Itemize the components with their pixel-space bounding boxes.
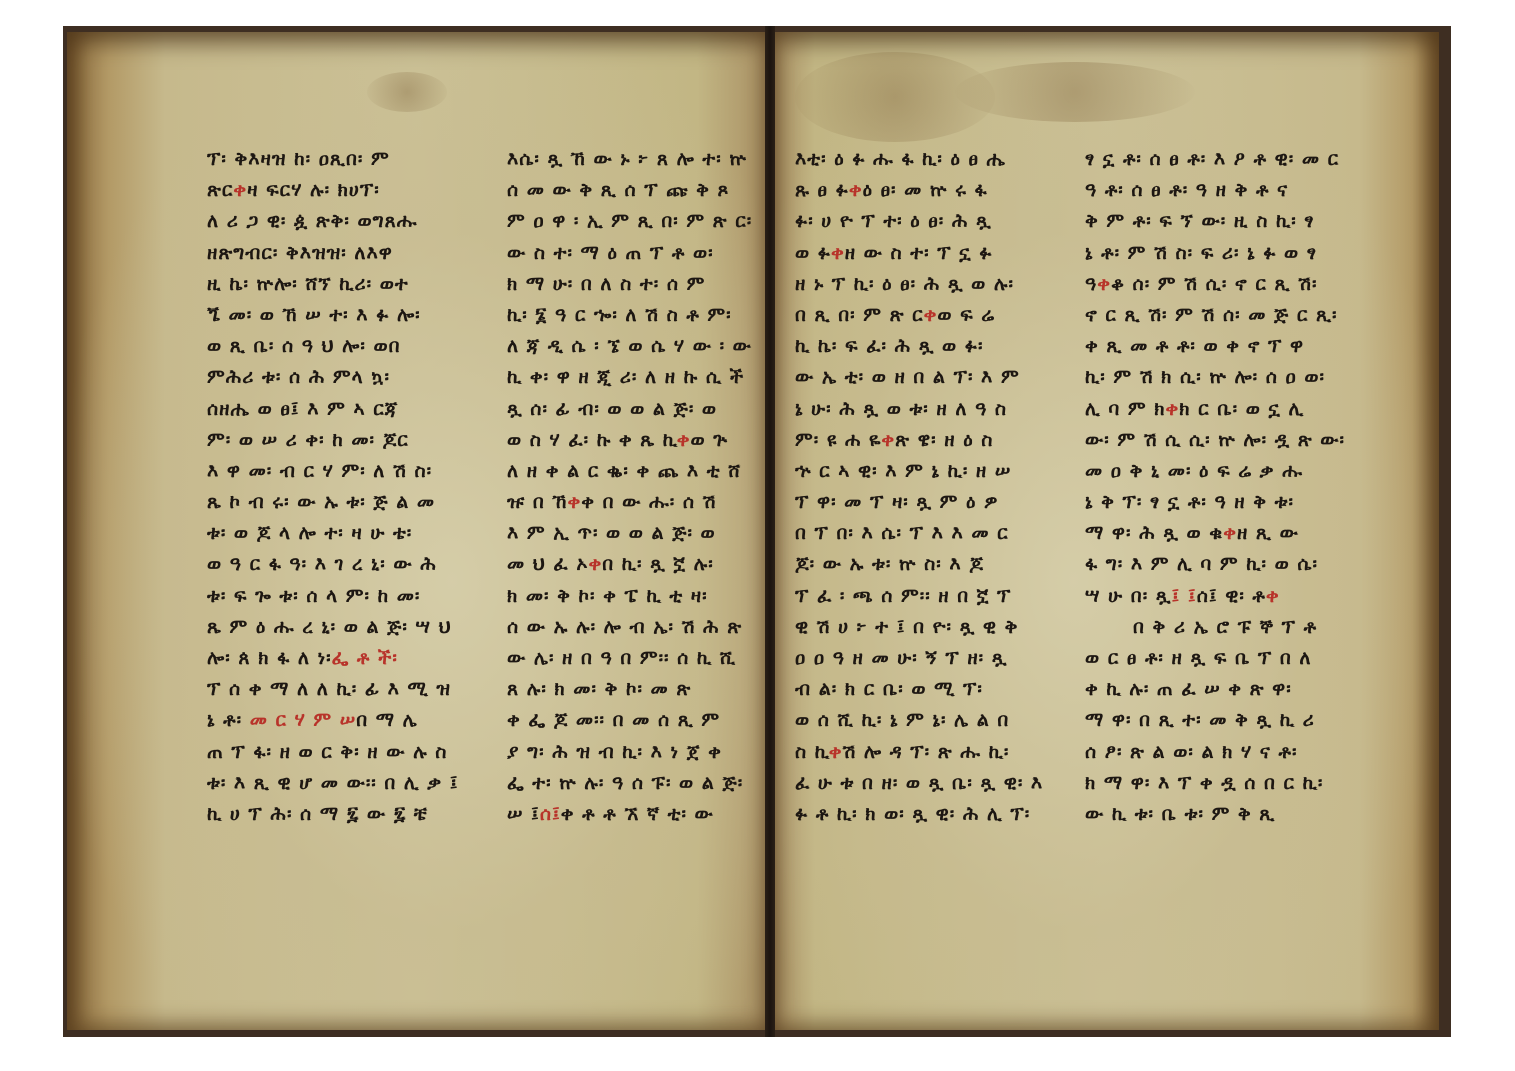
ink-text: ቀ ኪ ሉ፡ ጠ ፈ ሠ ቀ ጽ ዋ፡	[1085, 678, 1292, 700]
water-stain	[955, 62, 1195, 122]
ink-text: ው ኤ ቲ፡ ወ ዘ በ ል ፕ፡ እ ም	[795, 366, 1020, 388]
text-line: እ ዋ መ፡ ብ ር ሃ ም፡ ለ ሽ ስ፡	[207, 456, 467, 487]
book-gutter	[765, 26, 775, 1037]
text-line: ዘጽግብር፡ ቅእዝዝ፡ ለእዋ	[207, 238, 467, 269]
ink-text: ጼ ኮ ብ ሩ፡ ው ኡ ቱ፡ ጅ ል መ	[207, 491, 435, 513]
ink-text: ፌ ተ፡ ኵ ሉ፡ ዓ ሰ ፑ፡ ወ ል ጅ፡	[507, 772, 743, 794]
text-line: ኪ፡ ም ሽ ክ ሲ፡ ኵ ሎ፡ ሰ ዐ ወ፡	[1085, 362, 1345, 393]
text-line: ው ኪ ቱ፡ ቤ ቱ፡ ም ቅ ጺ	[1085, 799, 1345, 830]
ink-text: ወ ር ፀ ቶ፡ ዘ ጿ ፍ ቤ ፕ በ ለ	[1085, 647, 1312, 669]
ink-text: ፃ ኗ ቶ፡ ሰ ፀ ቶ፡ እ ዖ ቶ ዊ፡ መ ር	[1085, 148, 1339, 170]
ink-text: ኪ ሀ ፕ ሕ፡ ሰ ማ ፯ ው ፯ ቼ	[207, 803, 428, 825]
ink-text: መ ህ ፈ ኦ	[507, 553, 588, 575]
text-line: ፉ ቶ ኪ፡ ክ ወ፡ ጿ ዊ፡ ሕ ሊ ፕ፡	[795, 799, 1045, 830]
ink-text: ጆ፡ ው ኡ ቱ፡ ኵ ስ፡ እ ጆ	[795, 553, 984, 575]
rubric-text: ቀ	[924, 304, 938, 326]
rubric-text: ቀ	[1165, 398, 1179, 420]
text-line: ጆ፡ ው ኡ ቱ፡ ኵ ስ፡ እ ጆ	[795, 549, 1045, 580]
text-line: በ ጺ በ፡ ም ጽ ርቀወ ፍ ሬ	[795, 300, 1045, 331]
text-line: ው ሌ፡ ዘ በ ዓ በ ም፡፡ ሰ ኪ ሺ	[507, 643, 757, 674]
ink-text: ዚ ኬ፡ ኵሎ፡ ሸኘ ኪሪ፡ ወተ	[207, 273, 409, 295]
text-line: ምሕሪ ቱ፡ ሰ ሕ ምላ ኳ፡	[207, 362, 467, 393]
text-line: ቱ፡ ፍ ጐ ቱ፡ ሰ ላ ም፡ ከ መ፡	[207, 581, 467, 612]
ink-text: በ ማ ሌ	[356, 709, 418, 731]
ink-text: ዘ ው ስ ተ፡ ፕ ኗ ፉ	[845, 242, 993, 264]
text-line: ሊ ባ ም ክቀክ ር ቤ፡ ወ ኗ ሊ	[1085, 394, 1345, 425]
text-line: ፈ ሁ ቱ በ ዘ፡ ወ ጿ ቤ፡ ጿ ዊ፡ እ ፕ	[795, 768, 1045, 799]
ink-text: በ ኪ፡ ጿ ኟ ሉ፡	[602, 553, 714, 575]
ink-text: ኔ ቅ ፕ፡ ፃ ኗ ቶ፡ ዓ ዘ ቅ ቱ፡	[1085, 491, 1294, 513]
text-line: ኪ ሀ ፕ ሕ፡ ሰ ማ ፯ ው ፯ ቼ	[207, 799, 467, 830]
text-line: ኔ ቶ፡ ም ሽ ስ፡ ፍ ሪ፡ ኔ ፉ ወ ፃ	[1085, 238, 1345, 269]
text-line: ኔ ሁ፡ ሕ ጿ ወ ቱ፡ ዘ ለ ዓ ስ	[795, 394, 1045, 425]
ink-text: ሊ ባ ም ክ	[1085, 398, 1165, 420]
rubric-text: ቀ	[568, 491, 582, 513]
text-line: ወ ጺ ቤ፡ ሰ ዓ ህ ሎ፡ ወበ	[207, 331, 467, 362]
left-page-column-1: ፕ፡ ቅእዛዝ ከ፡ ዐጺበ፡ ምጽርቀዛ ፍርሃ ሉ፡ ክሀፕ፡ለ ሪ ጋ ዊ…	[207, 144, 467, 830]
ink-text: ዓ	[1085, 273, 1097, 295]
left-page-column-2: እሴ፡ ጿ ኸ ው ኑ ፦ ጸ ሎ ተ፡ ኵሰ መ ው ቅ ጺ ሰ ፕ ጩ ቅ …	[507, 144, 757, 830]
text-line: ኍ ር ኣ ዊ፡ እ ም ኔ ኪ፡ ዘ ሠ	[795, 456, 1045, 487]
text-line: ው ስ ተ፡ ማ ዕ ጠ ፕ ቶ ወ፡	[507, 238, 757, 269]
text-line: እ ም ኢ ጥ፡ ወ ወ ል ጅ፡ ወ	[507, 518, 757, 549]
text-line: ማ ዋ፡ በ ጺ ተ፡ መ ቅ ጿ ኪ ሪ	[1085, 705, 1345, 736]
ink-text: ኪ፡ ፮ ዓ ር ኈ፡ ለ ሽ ስ ቶ ም፡	[507, 304, 732, 326]
ink-text: ሽ ሎ ዳ ፕ፡ ጽ ሑ ኪ፡	[843, 741, 1010, 763]
text-line: ዐ ዐ ዓ ዘ መ ሁ፡ ኝ ፕ ዘ፡ ጿ	[795, 643, 1045, 674]
ink-text: ወ ሰ ሺ ኪ፡ ኔ ም ኔ፡ ሌ ል በ	[795, 709, 1009, 731]
ink-text: ዘጽግብር፡ ቅእዝዝ፡ ለእዋ	[207, 242, 393, 264]
text-line: ቀ ፌ ጆ መ፡፡ በ መ ሰ ጺ ም	[507, 705, 757, 736]
ink-text: ፈ ሁ ቱ በ ዘ፡ ወ ጿ ቤ፡ ጿ ዊ፡ እ ፕ	[795, 772, 1045, 794]
rubric-text: ቀ	[849, 179, 863, 201]
text-line: ም፡ ዩ ሐ ዬቀጽ ዌ፡ ዘ ዕ ስ	[795, 425, 1045, 456]
text-line: ሰ ፆ፡ ጽ ል ወ፡ ል ክ ሃ ና ቶ፡	[1085, 737, 1345, 768]
rubric-text: ቀ	[881, 429, 895, 451]
ink-text: ዛ ፍርሃ ሉ፡ ክሀፕ፡	[247, 179, 380, 201]
ink-text: ክ ማ ዋ፡ እ ፕ ቀ ዷ ሰ በ ር ኪ፡	[1085, 772, 1323, 794]
text-line: ኪ ኬ፡ ፍ ፈ፡ ሕ ጿ ወ ፉ፡	[795, 331, 1045, 362]
ink-text: ወ ስ ሃ ፈ፡ ኩ ቀ ጼ ኪ	[507, 429, 677, 451]
ink-text: ፕ ዋ፡ መ ፕ ዛ፡ ጿ ም ዕ ዎ	[795, 491, 998, 513]
text-line: ሠ ፤ሰ፤ቀ ቶ ቶ ኧ ኛ ቲ፡ ው	[507, 799, 757, 830]
ink-text: ያ ግ፡ ሕ ዝ ብ ኪ፡ እ ነ ጀ ቀ	[507, 741, 722, 763]
ink-text: ዡ በ ኸ	[507, 491, 568, 513]
ink-text: በ ፕ በ፡ እ ሴ፡ ፕ እ እ መ ር	[795, 522, 1009, 544]
rubric-text: ቀ	[677, 429, 691, 451]
ink-text: ኔ ቶ፡	[207, 709, 250, 731]
text-line: ፌ ተ፡ ኵ ሉ፡ ዓ ሰ ፑ፡ ወ ል ጅ፡	[507, 768, 757, 799]
ink-text: እ ዋ መ፡ ብ ር ሃ ም፡ ለ ሽ ስ፡	[207, 460, 432, 482]
text-line: ፋ ግ፡ እ ም ሊ ባ ም ኪ፡ ወ ሴ፡	[1085, 549, 1345, 580]
text-line: ቀ ኪ ሉ፡ ጠ ፈ ሠ ቀ ጽ ዋ፡	[1085, 674, 1345, 705]
ink-text: ክ ማ ሁ፡ በ ለ ስ ተ፡ ሰ ም	[507, 273, 705, 295]
text-line: በ ፕ በ፡ እ ሴ፡ ፕ እ እ መ ር	[795, 518, 1045, 549]
ink-text: ኪ፡ ም ሽ ክ ሲ፡ ኵ ሎ፡ ሰ ዐ ወ፡	[1085, 366, 1325, 388]
ink-text: ለ ሪ ጋ ዊ፡ ዿ ጽቅ፡ ወግጸሑ	[207, 210, 418, 232]
text-line: ወ ስ ሃ ፈ፡ ኩ ቀ ጼ ኪቀወ ጕ	[507, 425, 757, 456]
ink-text: ሠ ፤	[507, 803, 540, 825]
text-line: ማ ዋ፡ ሕ ጿ ወ ቁቀዘ ጺ ው	[1085, 518, 1345, 549]
ink-text: ቀ ቶ ቶ ኧ ኛ ቲ፡ ው	[561, 803, 714, 825]
text-line: ም፡ ወ ሠ ሪ ቀ፡ ከ መ፡ ጆር	[207, 425, 467, 456]
text-line: ለ ሪ ጋ ዊ፡ ዿ ጽቅ፡ ወግጸሑ	[207, 206, 467, 237]
text-line: ለ ጃ ዲ ሴ ፡ ኜ ወ ሴ ሃ ው ፡ ው	[507, 331, 757, 362]
ink-text: እቲ፡ ዕ ፉ ሑ ፋ ኪ፡ ዕ ፀ ሔ	[795, 148, 1006, 170]
text-line: ፃ ኗ ቶ፡ ሰ ፀ ቶ፡ እ ዖ ቶ ዊ፡ መ ር	[1085, 144, 1345, 175]
ink-text: ወ ጺ ቤ፡ ሰ ዓ ህ ሎ፡ ወበ	[207, 335, 401, 357]
text-line: ዘ ኑ ፕ ኪ፡ ዕ ፀ፡ ሕ ጿ ወ ሉ፡	[795, 269, 1045, 300]
ink-text: ወ ጕ	[691, 429, 729, 451]
text-line: ጼ ም ዕ ሑ ረ ኒ፡ ወ ል ጅ፡ ሣ ህ	[207, 612, 467, 643]
text-line: ወ ር ፀ ቶ፡ ዘ ጿ ፍ ቤ ፕ በ ለ	[1085, 643, 1345, 674]
ink-text: ስ ኪ	[795, 741, 829, 763]
ink-text: ጽር	[207, 179, 233, 201]
text-line: ኖ ር ጺ ሽ፡ ም ሽ ሰ፡ መ ጅ ር ጺ፡	[1085, 300, 1345, 331]
right-page-column-2: ፃ ኗ ቶ፡ ሰ ፀ ቶ፡ እ ዖ ቶ ዊ፡ መ ርዓ ቶ፡ ሰ ፀ ቶ፡ ዓ …	[1085, 144, 1345, 830]
text-line: ለ ዘ ቀ ል ር ቈ፡ ቀ ጨ እ ቲ ሸ	[507, 456, 757, 487]
ink-text: ማ ዋ፡ ሕ ጿ ወ ቁ	[1085, 522, 1223, 544]
text-line: ክ ማ ሁ፡ በ ለ ስ ተ፡ ሰ ም	[507, 269, 757, 300]
rubric-text: ፌ ቶ ች፡	[332, 647, 398, 669]
ink-text: ው ስ ተ፡ ማ ዕ ጠ ፕ ቶ ወ፡	[507, 242, 714, 264]
text-line: ዚ ኬ፡ ኵሎ፡ ሸኘ ኪሪ፡ ወተ	[207, 269, 467, 300]
ink-text: ጸ ሉ፡ ክ መ፡ ቅ ኮ፡ መ ጽ	[507, 678, 691, 700]
ink-text: ዕ ፀ፡ መ ኵ ሩ ፋ	[863, 179, 988, 201]
rubric-text: ቀ	[829, 741, 843, 763]
ink-text: ዐ ዐ ዓ ዘ መ ሁ፡ ኝ ፕ ዘ፡ ጿ	[795, 647, 1007, 669]
ink-text: ለ ጃ ዲ ሴ ፡ ኜ ወ ሴ ሃ ው ፡ ው	[507, 335, 752, 357]
text-line: ሎ፡ ጰ ክ ፋ ለ ነ፡ፌ ቶ ች፡	[207, 643, 467, 674]
rubric-text: ቀ	[233, 179, 247, 201]
ink-text: ሰ መ ው ቅ ጺ ሰ ፕ ጩ ቅ ጾ	[507, 179, 729, 201]
text-line: በ ቅ ሪ ኤ ሮ ፑ ኞ ፕ ቶ	[1085, 612, 1345, 643]
ink-text: እ ም ኢ ጥ፡ ወ ወ ል ጅ፡ ወ	[507, 522, 716, 544]
text-line: ኪ ቀ፡ ዋ ዘ ጂ ሪ፡ ለ ዘ ኩ ሲ ች	[507, 362, 757, 393]
ink-text: ጿ ሰ፡ ፊ ብ፡ ወ ወ ል ጅ፡ ወ	[507, 398, 717, 420]
ink-text: ዘ ጺ ው	[1237, 522, 1299, 544]
ink-text: ኔ ሁ፡ ሕ ጿ ወ ቱ፡ ዘ ለ ዓ ስ	[795, 398, 1007, 420]
rubric-text: ቀ	[831, 242, 845, 264]
ink-text: ክ ር ቤ፡ ወ ኗ ሊ	[1179, 398, 1304, 420]
ink-text: ቀ በ ው ሑ፡ ሰ ሽ	[581, 491, 716, 513]
text-line: ብ ል፡ ክ ር ቤ፡ ወ ሚ ፕ፡	[795, 674, 1045, 705]
ink-text: በ ጺ በ፡ ም ጽ ር	[795, 304, 924, 326]
text-line: ው፡ ም ሽ ሲ ሲ፡ ኵ ሎ፡ ዷ ጽ ው፡	[1085, 425, 1345, 456]
water-stain	[367, 72, 447, 112]
text-line: ጹ ፀ ፉቀዕ ፀ፡ መ ኵ ሩ ፋ	[795, 175, 1045, 206]
ink-text: ቅ ም ቶ፡ ፍ ኘ ው፡ ዚ ስ ኪ፡ ፃ	[1085, 210, 1315, 232]
ink-text: ው ኪ ቱ፡ ቤ ቱ፡ ም ቅ ጺ	[1085, 803, 1275, 825]
text-line: ጠ ፕ ፋ፡ ዘ ወ ር ቅ፡ ዘ ው ሉ ስ	[207, 737, 467, 768]
ink-text: ፕ ፈ ፡ ጫ ሰ ም፡፡ ዘ በ ኟ ፕ	[795, 585, 1011, 607]
text-line: ዓ ቶ፡ ሰ ፀ ቶ፡ ዓ ዘ ቅ ቶ ና	[1085, 175, 1345, 206]
ink-text: ኔ ቶ፡ ም ሽ ስ፡ ፍ ሪ፡ ኔ ፉ ወ ፃ	[1085, 242, 1317, 264]
ink-text: ው፡ ም ሽ ሲ ሲ፡ ኵ ሎ፡ ዷ ጽ ው፡	[1085, 429, 1345, 451]
ink-text: ፉ፡ ሀ ዮ ፕ ተ፡ ዕ ፀ፡ ሕ ጿ	[795, 210, 992, 232]
text-line: ጿ ሰ፡ ፊ ብ፡ ወ ወ ል ጅ፡ ወ	[507, 394, 757, 425]
ink-text: ዓ ቶ፡ ሰ ፀ ቶ፡ ዓ ዘ ቅ ቶ ና	[1085, 179, 1288, 201]
text-line: ፕ ፈ ፡ ጫ ሰ ም፡፡ ዘ በ ኟ ፕ	[795, 581, 1045, 612]
text-line: ፕ፡ ቅእዛዝ ከ፡ ዐጺበ፡ ም	[207, 144, 467, 175]
ink-text: ቀ ፌ ጆ መ፡፡ በ መ ሰ ጺ ም	[507, 709, 720, 731]
ink-text: ጜ መ፡ ወ ኸ ሠ ተ፡ እ ፉ ሎ፡	[207, 304, 421, 326]
ink-text: ጠ ፕ ፋ፡ ዘ ወ ር ቅ፡ ዘ ው ሉ ስ	[207, 741, 447, 763]
ink-text: ኖ ር ጺ ሽ፡ ም ሽ ሰ፡ መ ጅ ር ጺ፡	[1085, 304, 1338, 326]
ink-text: ሰ ፆ፡ ጽ ል ወ፡ ል ክ ሃ ና ቶ፡	[1085, 741, 1297, 763]
ink-text: ፋ ግ፡ እ ም ሊ ባ ም ኪ፡ ወ ሴ፡	[1085, 553, 1318, 575]
text-line: ጼ ኮ ብ ሩ፡ ው ኡ ቱ፡ ጅ ል መ	[207, 487, 467, 518]
left-page: ፕ፡ ቅእዛዝ ከ፡ ዐጺበ፡ ምጽርቀዛ ፍርሃ ሉ፡ ክሀፕ፡ለ ሪ ጋ ዊ…	[67, 32, 767, 1030]
ink-text: ኪ ኬ፡ ፍ ፈ፡ ሕ ጿ ወ ፉ፡	[795, 335, 984, 357]
text-line: ወ ሰ ሺ ኪ፡ ኔ ም ኔ፡ ሌ ል በ	[795, 705, 1045, 736]
text-line: ቱ፡ ወ ጆ ላ ሎ ተ፡ ዛ ሁ ቴ፡	[207, 518, 467, 549]
text-line: ሰ መ ው ቅ ጺ ሰ ፕ ጩ ቅ ጾ	[507, 175, 757, 206]
ink-text: ሰዘሔ ወ ፀ፤ እ ም ኣ ርጃ	[207, 398, 398, 420]
ink-text: እሴ፡ ጿ ኸ ው ኑ ፦ ጸ ሎ ተ፡ ኵ	[507, 148, 747, 170]
text-line: ጽርቀዛ ፍርሃ ሉ፡ ክሀፕ፡	[207, 175, 467, 206]
text-line: ፉ፡ ሀ ዮ ፕ ተ፡ ዕ ፀ፡ ሕ ጿ	[795, 206, 1045, 237]
ink-text: ወ ፍ ሬ	[937, 304, 995, 326]
rubric-text: ቀ	[1223, 522, 1237, 544]
ink-text: ዘ ኑ ፕ ኪ፡ ዕ ፀ፡ ሕ ጿ ወ ሉ፡	[795, 273, 1014, 295]
rubric-text: ሰ፤	[540, 803, 561, 825]
ink-text: ቆ ሰ፡ ም ሽ ሲ፡ ኖ ር ጺ ሽ፡	[1111, 273, 1318, 295]
text-line: ስ ኪቀሽ ሎ ዳ ፕ፡ ጽ ሑ ኪ፡	[795, 737, 1045, 768]
text-line: ፕ ዋ፡ መ ፕ ዛ፡ ጿ ም ዕ ዎ	[795, 487, 1045, 518]
text-line: ፕ ሰ ቀ ማ ለ ለ ኪ፡ ፊ እ ሚ ዝ	[207, 674, 467, 705]
ink-text: ቀ ጺ መ ቶ ቶ፡ ወ ቀ ኖ ፕ ዋ	[1085, 335, 1304, 357]
ink-text: ሎ፡ ጰ ክ ፋ ለ ነ፡	[207, 647, 332, 669]
ink-text: ኪ ቀ፡ ዋ ዘ ጂ ሪ፡ ለ ዘ ኩ ሲ ች	[507, 366, 744, 388]
ink-text: ፕ ሰ ቀ ማ ለ ለ ኪ፡ ፊ እ ሚ ዝ	[207, 678, 451, 700]
text-line: ጜ መ፡ ወ ኸ ሠ ተ፡ እ ፉ ሎ፡	[207, 300, 467, 331]
rubric-text: ቀ	[1097, 273, 1111, 295]
text-line: ው ኤ ቲ፡ ወ ዘ በ ል ፕ፡ እ ም	[795, 362, 1045, 393]
ink-text: ፕ፡ ቅእዛዝ ከ፡ ዐጺበ፡ ም	[207, 148, 390, 170]
text-line: እሴ፡ ጿ ኸ ው ኑ ፦ ጸ ሎ ተ፡ ኵ	[507, 144, 757, 175]
ink-text: ቱ፡ እ ጺ ዊ ሆ መ ው፡፡ በ ሊ ቃ ፤	[207, 772, 459, 794]
rubric-text: ፤ ፤	[1171, 585, 1196, 607]
text-line: ኪ፡ ፮ ዓ ር ኈ፡ ለ ሽ ስ ቶ ም፡	[507, 300, 757, 331]
text-line: መ ህ ፈ ኦቀበ ኪ፡ ጿ ኟ ሉ፡	[507, 549, 757, 580]
ink-text: ወ ዓ ር ፋ ዓ፡ እ ገ ረ ኒ፡ ው ሕ	[207, 553, 437, 575]
ink-text: ጽ ዌ፡ ዘ ዕ ስ	[895, 429, 993, 451]
ink-text: ቱ፡ ፍ ጐ ቱ፡ ሰ ላ ም፡ ከ መ፡	[207, 585, 420, 607]
text-line: ሰዘሔ ወ ፀ፤ እ ም ኣ ርጃ	[207, 394, 467, 425]
ink-text: ም ዐ ዋ ፡ ኢ ም ጺ በ፡ ም ጽ ር፡	[507, 210, 752, 232]
text-line: ክ ማ ዋ፡ እ ፕ ቀ ዷ ሰ በ ር ኪ፡	[1085, 768, 1345, 799]
ink-text: መ ዐ ቅ ኒ መ፡ ዕ ፍ ሬ ቃ ሑ	[1085, 460, 1303, 482]
text-line: ቱ፡ እ ጺ ዊ ሆ መ ው፡፡ በ ሊ ቃ ፤	[207, 768, 467, 799]
text-line: ወ ዓ ር ፋ ዓ፡ እ ገ ረ ኒ፡ ው ሕ	[207, 549, 467, 580]
ink-text: ሰ ው ኡ ሉ፡ ሎ ብ ኤ፡ ሽ ሕ ጽ	[507, 616, 742, 638]
ink-text: ጼ ም ዕ ሑ ረ ኒ፡ ወ ል ጅ፡ ሣ ህ	[207, 616, 452, 638]
ink-text: ሰ፤ ዊ፡ ቶ	[1197, 585, 1266, 607]
rubric-text: ቀ	[1266, 585, 1280, 607]
text-line: ያ ግ፡ ሕ ዝ ብ ኪ፡ እ ነ ጀ ቀ	[507, 737, 757, 768]
ink-text: ዊ ሽ ሀ ፦ ተ ፤ በ ዮ፡ ጿ ዊ ቅ	[795, 616, 1018, 638]
ink-text: ሣ ሁ በ፡ ጿ	[1085, 585, 1171, 607]
ink-text: ው ሌ፡ ዘ በ ዓ በ ም፡፡ ሰ ኪ ሺ	[507, 647, 736, 669]
ink-text: ኍ ር ኣ ዊ፡ እ ም ኔ ኪ፡ ዘ ሠ	[795, 460, 1011, 482]
ink-text: ቱ፡ ወ ጆ ላ ሎ ተ፡ ዛ ሁ ቴ፡	[207, 522, 412, 544]
ink-text: ምሕሪ ቱ፡ ሰ ሕ ምላ ኳ፡	[207, 366, 390, 388]
text-line: ዊ ሽ ሀ ፦ ተ ፤ በ ዮ፡ ጿ ዊ ቅ	[795, 612, 1045, 643]
ink-text: በ ቅ ሪ ኤ ሮ ፑ ኞ ፕ ቶ	[1133, 616, 1317, 638]
right-page: እቲ፡ ዕ ፉ ሑ ፋ ኪ፡ ዕ ፀ ሔጹ ፀ ፉቀዕ ፀ፡ መ ኵ ሩ ፋፉ፡…	[775, 32, 1439, 1030]
text-line: ወ ፉቀዘ ው ስ ተ፡ ፕ ኗ ፉ	[795, 238, 1045, 269]
text-line: ኔ ቅ ፕ፡ ፃ ኗ ቶ፡ ዓ ዘ ቅ ቱ፡	[1085, 487, 1345, 518]
ink-text: ማ ዋ፡ በ ጺ ተ፡ መ ቅ ጿ ኪ ሪ	[1085, 709, 1315, 731]
rubric-text: መ ር ሃ ም ሠ	[250, 709, 357, 731]
text-line: ሰ ው ኡ ሉ፡ ሎ ብ ኤ፡ ሽ ሕ ጽ	[507, 612, 757, 643]
ink-text: ክ መ፡ ቅ ኮ፡ ቀ ፔ ኪ ቲ ዛ፡	[507, 585, 708, 607]
text-line: ቅ ም ቶ፡ ፍ ኘ ው፡ ዚ ስ ኪ፡ ፃ	[1085, 206, 1345, 237]
text-line: ክ መ፡ ቅ ኮ፡ ቀ ፔ ኪ ቲ ዛ፡	[507, 581, 757, 612]
ink-text: ለ ዘ ቀ ል ር ቈ፡ ቀ ጨ እ ቲ ሸ	[507, 460, 741, 482]
ink-text: ፉ ቶ ኪ፡ ክ ወ፡ ጿ ዊ፡ ሕ ሊ ፕ፡	[795, 803, 1030, 825]
ink-text: ብ ል፡ ክ ር ቤ፡ ወ ሚ ፕ፡	[795, 678, 983, 700]
manuscript-scan: ፕ፡ ቅእዛዝ ከ፡ ዐጺበ፡ ምጽርቀዛ ፍርሃ ሉ፡ ክሀፕ፡ለ ሪ ጋ ዊ…	[63, 26, 1451, 1037]
right-page-column-1: እቲ፡ ዕ ፉ ሑ ፋ ኪ፡ ዕ ፀ ሔጹ ፀ ፉቀዕ ፀ፡ መ ኵ ሩ ፋፉ፡…	[795, 144, 1045, 830]
text-line: ሣ ሁ በ፡ ጿ፤ ፤ሰ፤ ዊ፡ ቶቀ	[1085, 581, 1345, 612]
ink-text: ጹ ፀ ፉ	[795, 179, 849, 201]
ink-text: ም፡ ዩ ሐ ዬ	[795, 429, 881, 451]
text-line: ም ዐ ዋ ፡ ኢ ም ጺ በ፡ ም ጽ ር፡	[507, 206, 757, 237]
text-line: እቲ፡ ዕ ፉ ሑ ፋ ኪ፡ ዕ ፀ ሔ	[795, 144, 1045, 175]
rubric-text: ቀ	[588, 553, 602, 575]
text-line: ዓቀቆ ሰ፡ ም ሽ ሲ፡ ኖ ር ጺ ሽ፡	[1085, 269, 1345, 300]
text-line: ዡ በ ኸቀቀ በ ው ሑ፡ ሰ ሽ	[507, 487, 757, 518]
ink-text: ወ ፉ	[795, 242, 831, 264]
text-line: መ ዐ ቅ ኒ መ፡ ዕ ፍ ሬ ቃ ሑ	[1085, 456, 1345, 487]
text-line: ኔ ቶ፡ መ ር ሃ ም ሠበ ማ ሌ	[207, 705, 467, 736]
text-line: ጸ ሉ፡ ክ መ፡ ቅ ኮ፡ መ ጽ	[507, 674, 757, 705]
text-line: ቀ ጺ መ ቶ ቶ፡ ወ ቀ ኖ ፕ ዋ	[1085, 331, 1345, 362]
ink-text: ም፡ ወ ሠ ሪ ቀ፡ ከ መ፡ ጆር	[207, 429, 409, 451]
